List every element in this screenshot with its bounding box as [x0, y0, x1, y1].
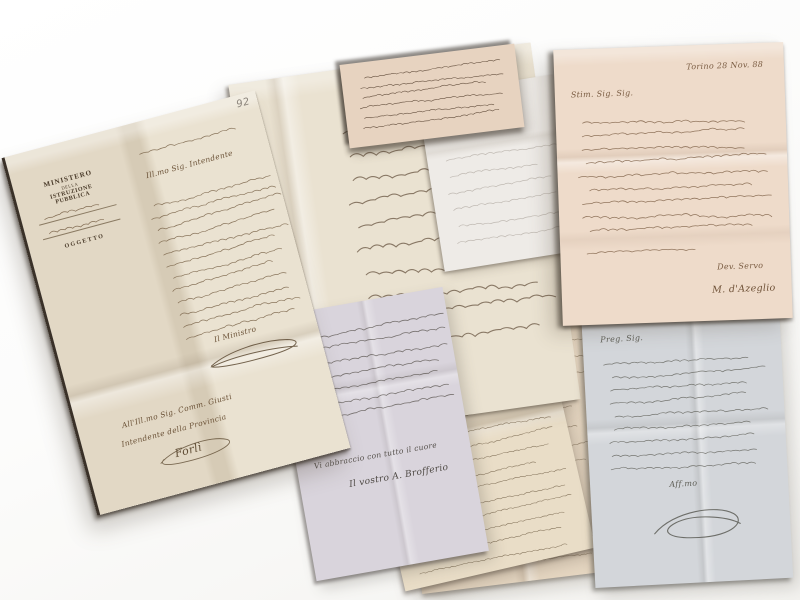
document-pink-letter: Torino 28 Nov. 88 Stim. Sig. Sig. Dev. S…: [553, 42, 792, 326]
pencil-mark: 92: [235, 96, 251, 110]
lavender-signature: Il vostro A. Brofferio: [349, 463, 450, 490]
photo-of-letters: Li 24 Ott. 1862 Preg. Sig. Aff.mo Torino…: [0, 0, 800, 600]
pink-signature: M. d'Azeglio: [712, 283, 776, 296]
pink-closing: Dev. Servo: [717, 261, 763, 272]
handwriting-bluegray-body: [599, 349, 771, 476]
handwriting-pink-closing-line: [579, 244, 699, 258]
bluegray-salutation: Preg. Sig.: [600, 333, 643, 344]
bluegray-signature-flourish: [639, 499, 751, 551]
handwriting-card: [351, 55, 513, 134]
handwriting-pink-body: [572, 109, 776, 238]
handwriting-white-pencil: [438, 134, 568, 251]
letterhead: MINISTERO DELLA ISTRUZIONE PUBBLICA OGGE…: [28, 165, 124, 255]
document-bluegray-letter: Li 24 Ott. 1862 Preg. Sig. Aff.mo: [581, 298, 793, 588]
pink-date: Torino 28 Nov. 88: [686, 59, 763, 71]
bluegray-closing: Aff.mo: [669, 479, 697, 489]
pink-salutation: Stim. Sig. Sig.: [571, 89, 634, 100]
